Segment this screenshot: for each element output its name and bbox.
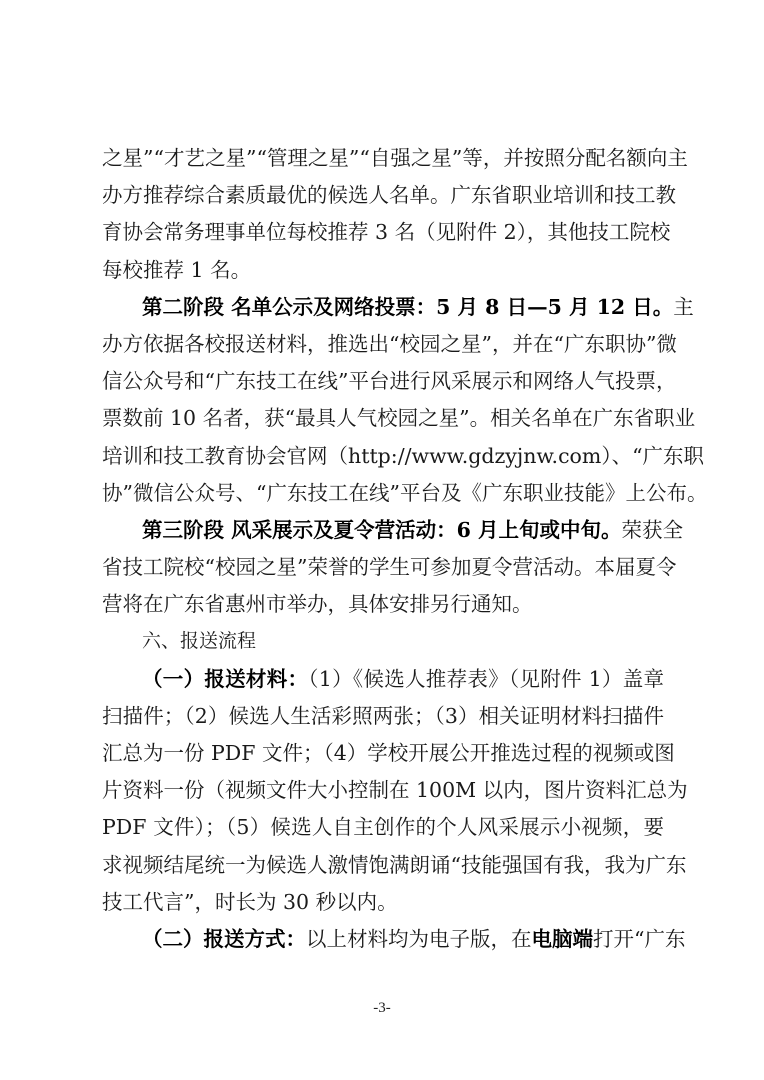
stage-three-lead-line: 第三阶段 风采展示及夏令营活动：6 月上旬或中旬。荣获全 bbox=[102, 512, 664, 549]
computer-emphasis: 电脑端 bbox=[532, 927, 594, 951]
text-span: 荣获全 bbox=[622, 518, 684, 542]
text-line: 每校推荐 1 名。 bbox=[102, 252, 664, 289]
page-number: -3- bbox=[0, 1000, 764, 1017]
text-span: 主 bbox=[673, 295, 694, 319]
stage-two-title: 第二阶段 名单公示及网络投票：5 月 8 日—5 月 12 日。 bbox=[142, 295, 673, 319]
materials-title: （一）报送材料： bbox=[142, 667, 308, 691]
text-line: 求视频结尾统一为候选人激情饱满朗诵“技能强国有我，我为广东 bbox=[102, 847, 664, 884]
text-line: 技工代言”，时长为 30 秒以内。 bbox=[102, 884, 664, 921]
text-line: 信公众号和“广东技工在线”平台进行风采展示和网络人气投票， bbox=[102, 363, 664, 400]
text-span: 打开“广东 bbox=[593, 927, 685, 951]
website-link-line: 培训和技工教育协会官网（http://www.gdzyjnw.com）、“广东职 bbox=[102, 438, 664, 475]
text-line: 办方依据各校报送材料，推选出“校园之星”，并在“广东职协”微 bbox=[102, 326, 664, 363]
text-line: 营将在广东省惠州市举办，具体安排另行通知。 bbox=[102, 586, 664, 623]
stage-three-title: 第三阶段 风采展示及夏令营活动：6 月上旬或中旬。 bbox=[142, 518, 622, 542]
text-span: 以上材料均为电子版，在 bbox=[306, 927, 532, 951]
text-line: 票数前 10 名者，获“最具人气校园之星”。相关名单在广东省职业 bbox=[102, 400, 664, 437]
stage-two-lead-line: 第二阶段 名单公示及网络投票：5 月 8 日—5 月 12 日。主 bbox=[102, 289, 664, 326]
text-line: 育协会常务理事单位每校推荐 3 名（见附件 2），其他技工院校 bbox=[102, 214, 664, 251]
submission-method-title: （二）报送方式： bbox=[142, 927, 306, 951]
text-span: （1）《候选人推荐表》（见附件 1）盖章 bbox=[308, 667, 664, 691]
text-line: 办方推荐综合素质最优的候选人名单。广东省职业培训和技工教 bbox=[102, 177, 664, 214]
section-heading: 六、报送流程 bbox=[102, 623, 664, 660]
document-page: 之星”“才艺之星”“管理之星”“自强之星”等，并按照分配名额向主 办方推荐综合素… bbox=[102, 140, 664, 958]
text-line: 协”微信公众号、“广东技工在线”平台及《广东职业技能》上公布。 bbox=[102, 475, 664, 512]
materials-lead-line: （一）报送材料：（1）《候选人推荐表》（见附件 1）盖章 bbox=[102, 661, 664, 698]
text-line: 片资料一份（视频文件大小控制在 100M 以内，图片资料汇总为 bbox=[102, 772, 664, 809]
text-line: PDF 文件）；（5）候选人自主创作的个人风采展示小视频，要 bbox=[102, 809, 664, 846]
submission-method-lead-line: （二）报送方式：以上材料均为电子版，在电脑端打开“广东 bbox=[102, 921, 664, 958]
text-line: 扫描件；（2）候选人生活彩照两张；（3）相关证明材料扫描件 bbox=[102, 698, 664, 735]
text-line: 之星”“才艺之星”“管理之星”“自强之星”等，并按照分配名额向主 bbox=[102, 140, 664, 177]
text-line: 汇总为一份 PDF 文件；（4）学校开展公开推选过程的视频或图 bbox=[102, 735, 664, 772]
text-line: 省技工院校“校园之星”荣誉的学生可参加夏令营活动。本届夏令 bbox=[102, 549, 664, 586]
